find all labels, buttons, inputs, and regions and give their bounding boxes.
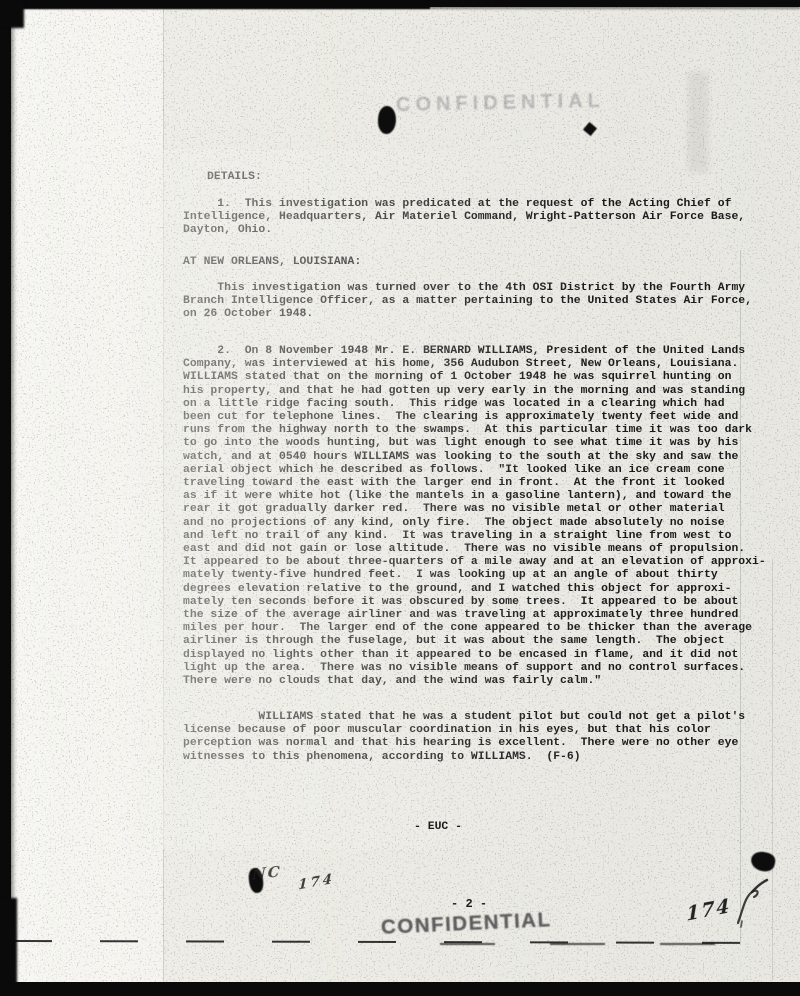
- scan-edge-corner: [0, 0, 24, 28]
- scanned-document-page: CONFIDENTIAL DETAILS: 1. This investigat…: [0, 0, 800, 996]
- details-heading: DETAILS:: [207, 171, 262, 184]
- scan-edge-bottom: [0, 982, 800, 996]
- routing-code: - EUC -: [414, 821, 462, 834]
- paper-edge-dashed-line-2: [440, 943, 770, 945]
- paragraph-williams-pilot: WILLIAMS stated that he was a student pi…: [183, 711, 745, 764]
- pen-checkmark-icon: [733, 877, 771, 929]
- fold-line-right-outer: [772, 560, 773, 980]
- paragraph-predication: 1. This investigation was predicated at …: [183, 198, 745, 238]
- location-heading: AT NEW ORLEANS, LOUISIANA:: [183, 256, 361, 269]
- handwritten-number-left: 174: [298, 871, 335, 894]
- ink-blot-icon: [377, 105, 397, 134]
- confidential-stamp-top: CONFIDENTIAL: [396, 90, 605, 117]
- ink-blot-right-icon: [749, 850, 776, 874]
- paragraph-williams-sighting: 2. On 8 November 1948 Mr. E. BERNARD WIL…: [183, 345, 766, 688]
- fold-line-left: [163, 7, 164, 983]
- handwritten-number-right: 174: [686, 894, 731, 925]
- confidential-stamp-bottom: CONFIDENTIAL: [381, 908, 553, 940]
- scan-streak: [688, 72, 708, 172]
- ink-spot-icon: [583, 122, 597, 136]
- paragraph-transfer: This investigation was turned over to th…: [183, 282, 752, 322]
- scan-edge-top-heavy: [0, 0, 430, 9]
- page-number: - 2 -: [451, 898, 487, 911]
- scan-edge-left: [0, 0, 11, 996]
- handwritten-code: NC: [252, 862, 282, 883]
